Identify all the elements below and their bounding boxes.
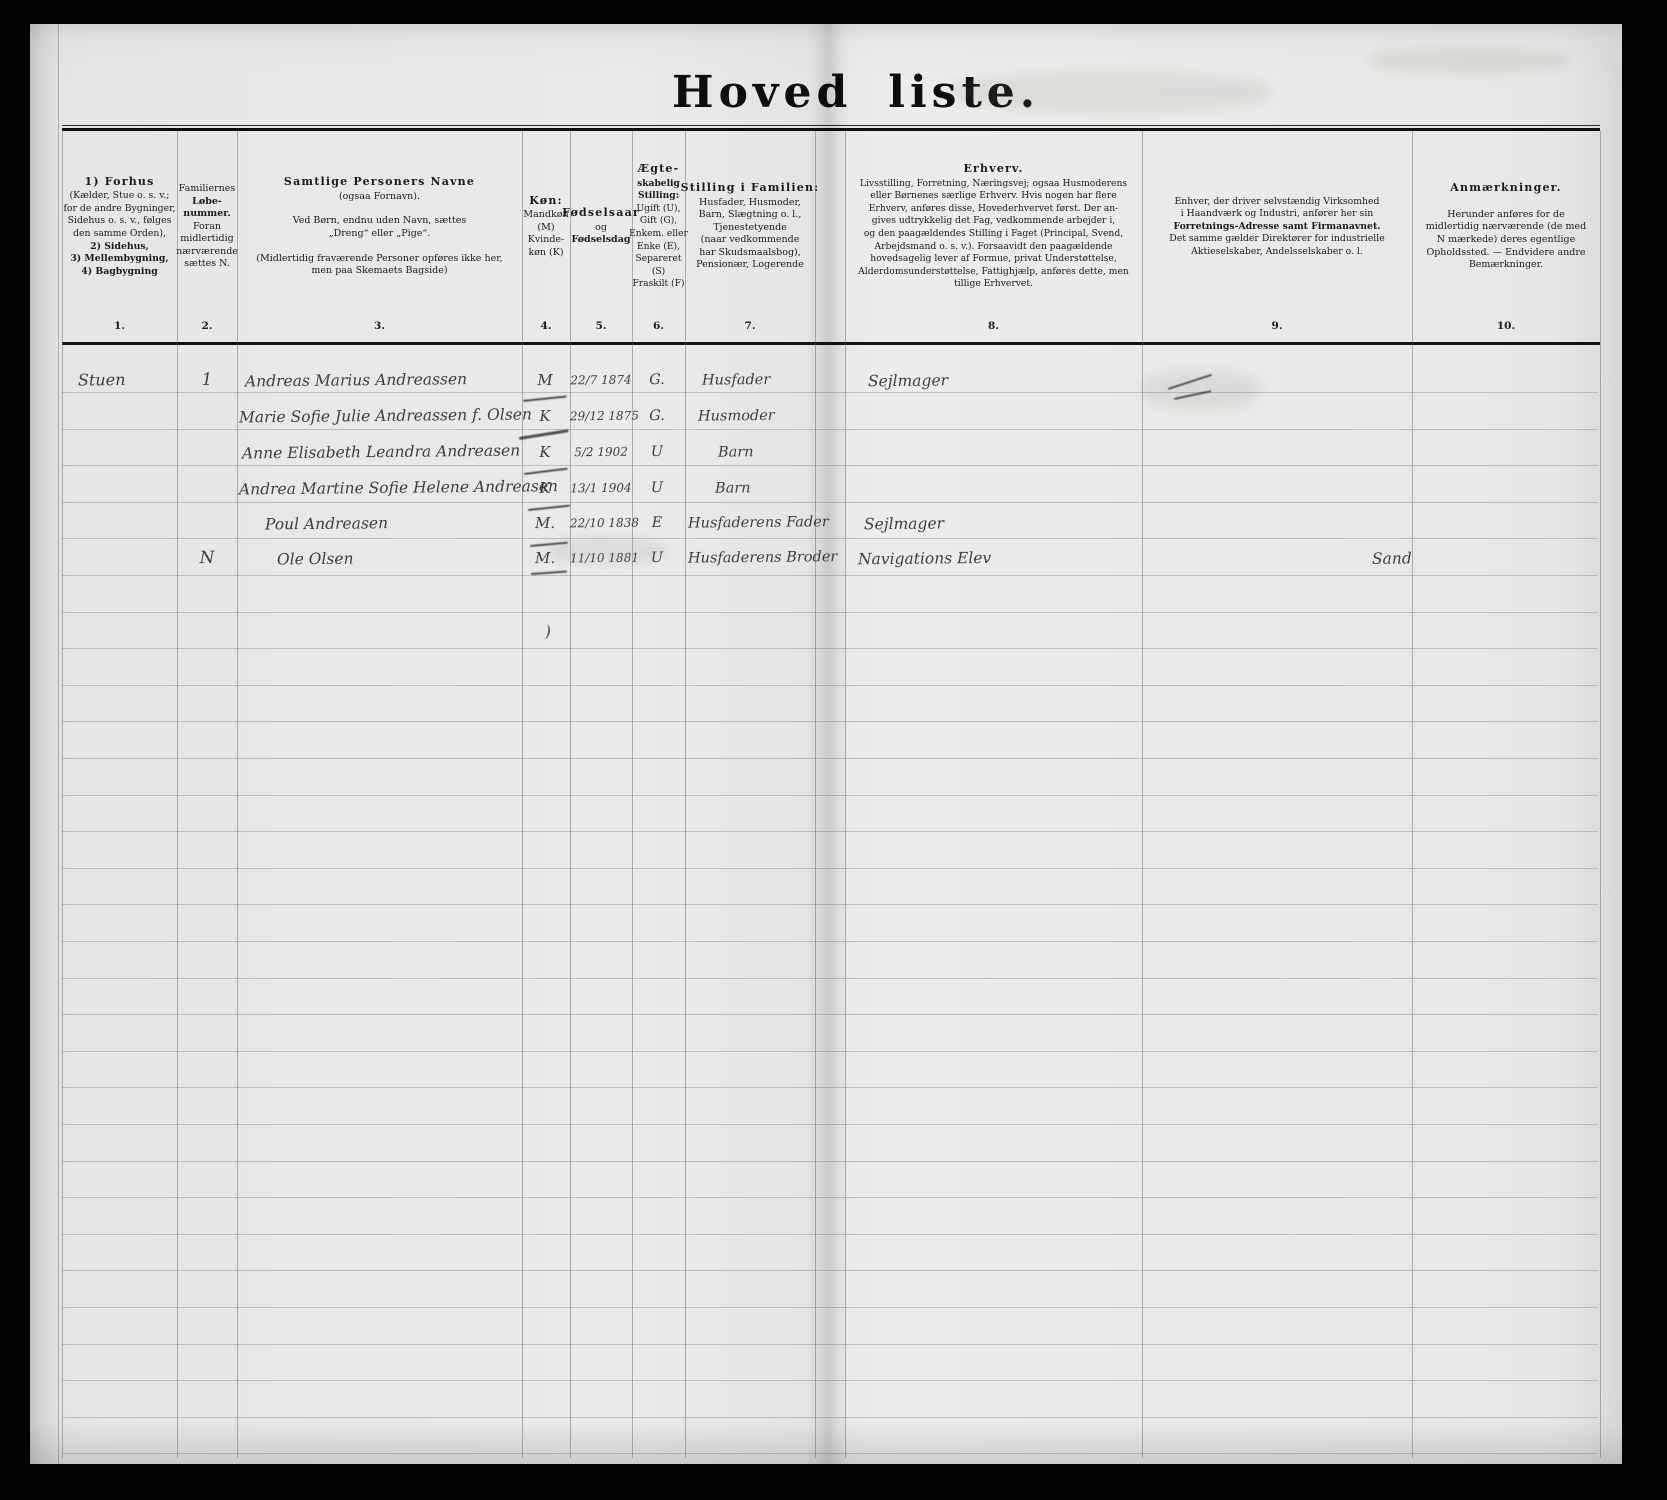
header-cell-1: 1) Forhus(Kælder, Stue o. s. v.;for de a… <box>62 134 177 320</box>
header-line: 3) Mellembygning, <box>70 253 168 266</box>
header-line: (Kælder, Stue o. s. v.; <box>70 190 170 203</box>
page-edge <box>58 24 59 1464</box>
header-line: Stilling: <box>638 190 679 203</box>
column-number-2: 2. <box>177 320 237 338</box>
row-1-birth: 22/7 1874 <box>570 368 632 395</box>
page-fold <box>806 24 850 1464</box>
header-line: midlertidig nærværende (de med <box>1426 221 1586 234</box>
column-number-1: 1. <box>62 320 177 338</box>
header-line: gives udtrykkelig det Fag, vedkommende a… <box>872 215 1115 228</box>
header-line: køn (K) <box>528 247 563 260</box>
header-line: „Dreng“ eller „Pige“. <box>329 228 431 241</box>
column-number-8: 8. <box>845 320 1142 338</box>
header-line: 4) Bagbygning <box>81 266 157 279</box>
header-line: Stilling i Familien: <box>681 182 820 195</box>
row-2-marital: G. <box>632 404 682 431</box>
header-cell-3: Samtlige Personers Navne(ogsaa Fornavn).… <box>237 134 522 320</box>
header-line: (Midlertidig fraværende Personer opføres… <box>256 253 502 266</box>
row-4-name: Andrea Martine Sofie Helene Andreasen <box>239 475 521 504</box>
row-3-sex: K <box>522 440 568 466</box>
row-6-position: Husfaderens Broder <box>688 545 815 572</box>
row-5-sex: M. <box>522 511 568 537</box>
row-5-birth: 22/10 1838 <box>570 511 632 538</box>
row-5-occupation: Sejlmager <box>864 510 1114 539</box>
header-line: Sidehus o. s. v., følges <box>68 215 172 228</box>
header-line: og den paagældendes Stilling i Faget (Pr… <box>864 228 1123 241</box>
header-cell-7: Stilling i Familien:Husfader, Husmoder,B… <box>685 134 815 320</box>
header-line: Enke (E), <box>637 241 680 254</box>
header-line: Herunder anføres for de <box>1447 209 1565 222</box>
header-line: nærværende <box>176 246 238 259</box>
header-line: men paa Skemaets Bagside) <box>311 265 447 278</box>
row-1-building: Stuen <box>78 367 183 394</box>
bleed-through-artifact <box>1370 48 1570 74</box>
header-line: Det samme gælder Direktører for industri… <box>1169 233 1384 246</box>
header-line: Gift (G), <box>640 215 677 228</box>
header-line: har Skudsmaalsbog), <box>699 247 801 260</box>
header-line: skabelig <box>637 178 680 191</box>
row-5-name: Poul Andreasen <box>265 510 547 539</box>
header-line: Løbe- <box>192 196 222 209</box>
header-line: Ved Børn, endnu uden Navn, sættes <box>293 215 467 228</box>
row-1-marital: G. <box>632 368 682 395</box>
header-line: Fødselsaar <box>562 207 640 220</box>
header-line: Pensionær, Logerende <box>696 259 804 272</box>
column-number-10: 10. <box>1412 320 1600 338</box>
header-line: (S) <box>652 266 665 279</box>
bleed-through-artifact <box>545 538 665 564</box>
header-cell-2: FamiliernesLøbe-nummer.Foranmidlertidign… <box>177 134 237 320</box>
header-line: Opholdssted. — Endvidere andre <box>1426 247 1585 260</box>
header-line: Forretnings-Adresse samt Firmanavnet. <box>1174 221 1381 234</box>
header-line: den samme Orden), <box>73 228 166 241</box>
header-line: eller Børnenes særlige Erhverv. Hvis nog… <box>870 190 1116 203</box>
row-1-occupation: Sejlmager <box>868 367 1118 396</box>
row-5-marital: E <box>632 511 682 538</box>
header-cell-6: Ægte-skabeligStilling:Ugift (U),Gift (G)… <box>632 134 685 320</box>
row-2-name: Marie Sofie Julie Andreassen f. Olsen <box>239 403 521 432</box>
scanned-census-spread: Hoved liste. 1) Forhus(Kælder, Stue o. s… <box>0 0 1667 1500</box>
row-4-marital: U <box>632 476 682 503</box>
header-line: Fraskilt (F) <box>632 278 684 291</box>
header-line: Bemærkninger. <box>1469 259 1543 272</box>
row-6-name: Ole Olsen <box>277 545 559 574</box>
header-line: Arbejdsmand o. s. v.). Forsaavidt den pa… <box>875 241 1113 254</box>
header-line: Husfader, Husmoder, <box>699 197 801 210</box>
header-line: 1) Forhus <box>84 176 154 189</box>
row-2-birth: 29/12 1875 <box>570 404 632 431</box>
header-cell-5: FødselsaarogFødselsdag <box>570 134 632 320</box>
header-line: (naar vedkommende <box>701 234 800 247</box>
row-6-family_no: N <box>177 546 237 573</box>
row-6-remarks: Sand <box>1372 545 1532 573</box>
row-4-sex: K <box>522 476 568 502</box>
header-line: Aktieselskaber, Andelsselskaber o. l. <box>1191 246 1363 259</box>
bleed-through-artifact <box>1140 370 1260 410</box>
row-3-name: Anne Elisabeth Leandra Andreasen <box>242 439 524 468</box>
header-line: Erhverv. <box>963 163 1023 176</box>
header-line: Anmærkninger. <box>1450 182 1561 195</box>
column-number-4: 4. <box>522 320 570 338</box>
row-1-name: Andreas Marius Andreassen <box>245 367 527 396</box>
header-line: Kvinde- <box>528 234 565 247</box>
column-number-3: 3. <box>237 320 522 338</box>
column-number-6: 6. <box>632 320 685 338</box>
header-line: Foran <box>193 221 221 234</box>
header-line: Separeret <box>636 253 682 266</box>
header-line: Fødselsdag <box>572 234 631 247</box>
header-line: (M) <box>537 222 554 235</box>
header-line: midlertidig <box>180 233 233 246</box>
header-line: Køn: <box>529 195 563 208</box>
row-6-occupation: Navigations Elev <box>858 545 1108 574</box>
row-1-sex: M <box>522 368 568 394</box>
row-2-sex: K <box>522 404 568 430</box>
header-line: for de andre Bygninger, <box>63 203 175 216</box>
row-3-marital: U <box>632 440 682 467</box>
header-line: Ægte- <box>638 163 680 176</box>
header-line: (ogsaa Fornavn). <box>339 191 420 204</box>
header-line: Alderdomsunderstøttelse, Fattighjælp, an… <box>858 266 1129 279</box>
bleed-through-artifact <box>950 72 1270 112</box>
header-line: og <box>595 222 607 235</box>
header-line: Tjenestetyende <box>713 222 787 235</box>
header-line: i Haandværk og Industri, anfører her sin <box>1181 208 1374 221</box>
header-cell-10: Anmærkninger.Herunder anføres for demidl… <box>1412 134 1600 320</box>
header-line: hovedsagelig lever af Formue, privat Und… <box>870 253 1117 266</box>
column-border <box>1600 131 1601 1458</box>
header-cell-8: Erhverv.Livsstilling, Forretning, Næring… <box>845 134 1142 320</box>
row-5-position: Husfaderens Fader <box>688 510 815 537</box>
header-line: Enkem. eller <box>629 228 688 241</box>
header-line: Livsstilling, Forretning, Næringsvej; og… <box>860 178 1127 191</box>
header-line: Ugift (U), <box>637 203 681 216</box>
header-cell-9: Enhver, der driver selvstændig Virksomhe… <box>1142 134 1412 320</box>
header-line: Barn, Slægtning o. l., <box>699 209 802 222</box>
column-number-9: 9. <box>1142 320 1412 338</box>
row-4-birth: 13/1 1904 <box>570 476 632 503</box>
header-line: tillige Erhvervet. <box>954 278 1033 291</box>
header-cell-4: Køn:Mandkøn(M)Kvinde-køn (K) <box>522 134 570 320</box>
header-line: Familiernes <box>179 183 236 196</box>
header-line: N mærkede) deres egentlige <box>1437 234 1575 247</box>
header-line: sættes N. <box>184 258 230 271</box>
header-line: Erhverv, anføres disse, Hovederhvervet f… <box>869 203 1119 216</box>
row-3-birth: 5/2 1902 <box>570 440 632 467</box>
header-line: Enhver, der driver selvstændig Virksomhe… <box>1174 196 1379 209</box>
header-line: nummer. <box>183 208 230 221</box>
column-number-7: 7. <box>685 320 815 338</box>
column-number-5: 5. <box>570 320 632 338</box>
header-line: Samtlige Personers Navne <box>284 176 475 189</box>
row-1-family_no: 1 <box>177 368 237 395</box>
header-line: 2) Sidehus, <box>90 241 149 254</box>
